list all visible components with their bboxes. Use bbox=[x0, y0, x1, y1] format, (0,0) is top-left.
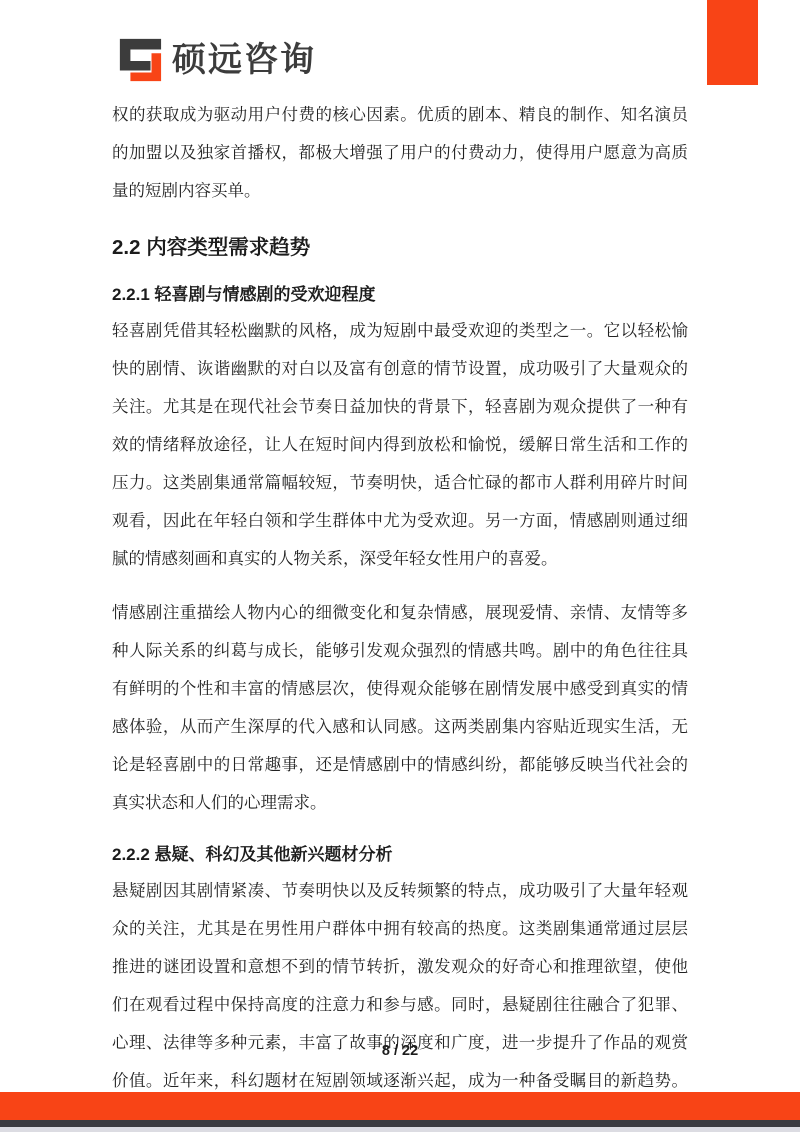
paragraph-2-2-1-a: 轻喜剧凭借其轻松幽默的风格，成为短剧中最受欢迎的类型之一。它以轻松愉快的剧情、诙… bbox=[112, 312, 688, 578]
top-right-accent-block bbox=[707, 0, 758, 85]
bottom-edge-strip bbox=[0, 1127, 800, 1132]
brand-header: 硕远咨询 bbox=[117, 37, 316, 83]
bottom-dark-bar bbox=[0, 1120, 800, 1127]
bottom-accent-bar bbox=[0, 1092, 800, 1120]
brand-logo-icon bbox=[117, 37, 163, 83]
page-number-indicator: 8 / 22 bbox=[0, 1043, 800, 1059]
sub-heading-2-2-2: 2.2.2 悬疑、科幻及其他新兴题材分析 bbox=[112, 842, 688, 868]
document-body: 权的获取成为驱动用户付费的核心因素。优质的剧本、精良的制作、知名演员的加盟以及独… bbox=[112, 96, 688, 1132]
paragraph-2-2-1-b: 情感剧注重描绘人物内心的细微变化和复杂情感，展现爱情、亲情、友情等多种人际关系的… bbox=[112, 594, 688, 822]
brand-name: 硕远咨询 bbox=[172, 37, 316, 83]
sub-heading-2-2-1: 2.2.1 轻喜剧与情感剧的受欢迎程度 bbox=[112, 282, 688, 308]
intro-paragraph: 权的获取成为驱动用户付费的核心因素。优质的剧本、精良的制作、知名演员的加盟以及独… bbox=[112, 96, 688, 210]
section-heading-2-2: 2.2 内容类型需求趋势 bbox=[112, 234, 688, 262]
report-page: 硕远咨询 权的获取成为驱动用户付费的核心因素。优质的剧本、精良的制作、知名演员的… bbox=[0, 0, 800, 1132]
